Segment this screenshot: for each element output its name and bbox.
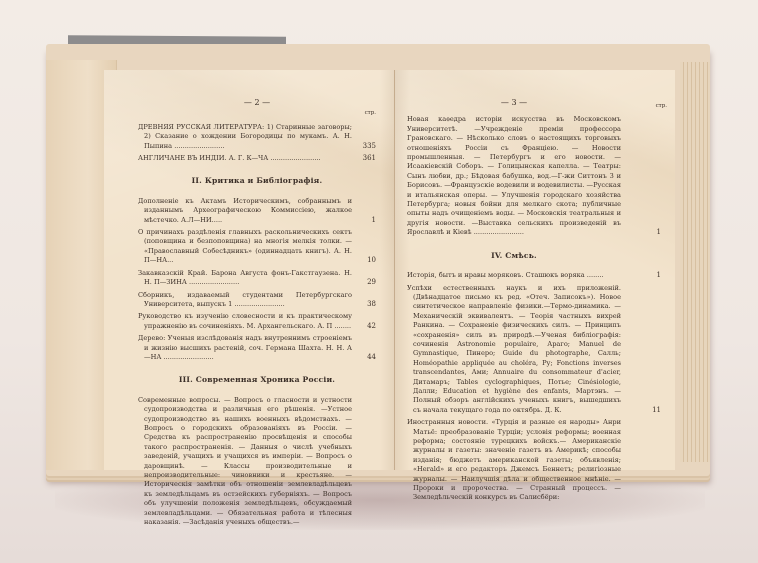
- left-page: — 2 — стр. ДРЕВНЯЯ РУССКАЯ ЛИТЕРАТУРА: 1…: [104, 70, 395, 470]
- toc-entry-text: Иностранныя новости. «Турція и разные ея…: [407, 418, 621, 503]
- left-page-content: — 2 — стр. ДРЕВНЯЯ РУССКАЯ ЛИТЕРАТУРА: 1…: [138, 98, 376, 530]
- right-page: — 3 — стр. Новая каѳедра исторіи искусст…: [395, 70, 675, 470]
- toc-entry-text: Успѣхи естественныхъ наукъ и ихъ приложе…: [407, 284, 621, 416]
- toc-entry: Исторія, бытъ и нравы моряковъ. Сташюкъ …: [407, 271, 621, 280]
- toc-entry-text: Дерево: Ученыя изслѣдованія надъ внутрен…: [138, 334, 352, 362]
- toc-entry: Успѣхи естественныхъ наукъ и ихъ приложе…: [407, 284, 621, 416]
- toc-entry-page: 38: [367, 300, 376, 309]
- right-page-edges: [680, 62, 710, 462]
- toc-entry: Дополненіе къ Актамъ Историческимъ, собр…: [138, 197, 376, 225]
- toc-entry: Закавказскій Край. Барона Августа фонъ-Г…: [138, 269, 376, 288]
- toc-entry-text: Новая каѳедра исторіи искусства въ Моско…: [407, 115, 621, 237]
- toc-entry-text: Закавказскій Край. Барона Августа фонъ-Г…: [138, 269, 352, 288]
- toc-entry-text: Сборникъ, издаваемый студентами Петербур…: [138, 291, 352, 310]
- section-title: IV. Смѣсь.: [407, 251, 621, 260]
- toc-entry: Иностранныя новости. «Турція и разные ея…: [407, 418, 621, 503]
- toc-entry-text: Современные вопросы. — Вопросъ о гласнос…: [138, 396, 352, 528]
- toc-entry-page: 335: [363, 142, 376, 151]
- page-column-label: стр.: [138, 109, 376, 118]
- toc-entry-text: Дополненіе къ Актамъ Историческимъ, собр…: [138, 197, 352, 225]
- page-number: — 3 —: [407, 98, 621, 107]
- toc-entry-page: 11: [652, 406, 661, 415]
- page-column-label: стр.: [656, 102, 667, 111]
- toc-entry: Современные вопросы. — Вопросъ о гласнос…: [138, 396, 376, 528]
- toc-entry-text: АНГЛИЧАНЕ ВЪ ИНДІИ. А. Г. К—ЧА .........…: [138, 154, 352, 163]
- toc-entry-page: 1: [657, 271, 661, 280]
- toc-entry: АНГЛИЧАНЕ ВЪ ИНДІИ. А. Г. К—ЧА .........…: [138, 154, 376, 163]
- toc-entry-page: 44: [367, 353, 376, 362]
- toc-entry: О причинахъ раздѣленія главныхъ раскольн…: [138, 228, 376, 266]
- toc-entry-page: 29: [367, 278, 376, 287]
- toc-entry: Руководство къ изученію словесности и къ…: [138, 312, 376, 331]
- toc-entry-page: 42: [367, 322, 376, 331]
- toc-entry-text: Исторія, бытъ и нравы моряковъ. Сташюкъ …: [407, 271, 621, 280]
- section-title: II. Критика и Библіографія.: [138, 176, 376, 185]
- toc-entry-page: 1: [657, 228, 661, 237]
- section-title: III. Современная Хроника Россіи.: [138, 375, 376, 384]
- toc-entry-page: 10: [367, 256, 376, 265]
- toc-entry: ДРЕВНЯЯ РУССКАЯ ЛИТЕРАТУРА: 1) Старинные…: [138, 123, 376, 151]
- toc-entry: Дерево: Ученыя изслѣдованія надъ внутрен…: [138, 334, 376, 362]
- toc-entry-text: О причинахъ раздѣленія главныхъ раскольн…: [138, 228, 352, 266]
- toc-entry-page: 1: [372, 216, 376, 225]
- page-number: — 2 —: [138, 98, 376, 107]
- right-page-content: — 3 — стр. Новая каѳедра исторіи искусст…: [407, 98, 621, 506]
- toc-entry-text: Руководство къ изученію словесности и къ…: [138, 312, 352, 331]
- toc-entry: Новая каѳедра исторіи искусства въ Моско…: [407, 115, 621, 237]
- toc-entry-page: 361: [363, 154, 376, 163]
- toc-entry-text: ДРЕВНЯЯ РУССКАЯ ЛИТЕРАТУРА: 1) Старинные…: [138, 123, 352, 151]
- toc-entry: Сборникъ, издаваемый студентами Петербур…: [138, 291, 376, 310]
